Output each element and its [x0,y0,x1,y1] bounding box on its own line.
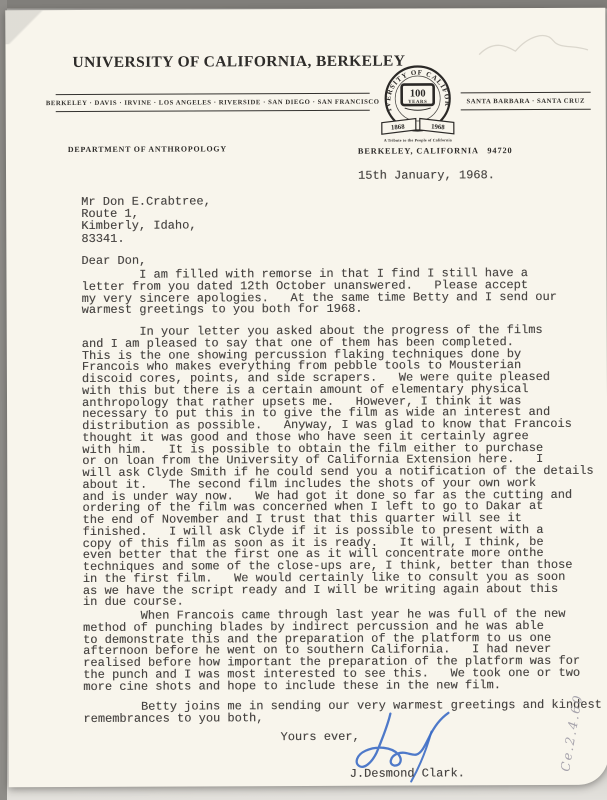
signature-main-stroke [356,713,448,767]
centennial-seal: UNIVERSITY OF CALIFORNIA 100 YEARS 1868 … [368,62,468,148]
paper-corner-fold [5,10,49,44]
letter-paragraph-1: I am filled with remorse in that I find … [81,268,556,317]
seal-years: YEARS [408,100,427,105]
seal-100: 100 [410,88,426,99]
campus-list-left: BERKELEY · DAVIS · IRVINE · LOS ANGELES … [56,93,370,112]
seal-year-1968: 1968 [431,123,446,131]
letter-date: 15th January, 1968. [358,170,495,182]
university-title: UNIVERSITY OF CALIFORNIA, BERKELEY [72,53,405,72]
pencil-stroke [479,35,587,54]
seal-caption: A Tribute to the People of California [384,138,452,142]
seal-year-1868: 1868 [391,124,406,132]
department-name: DEPARTMENT OF ANTHROPOLOGY [68,144,227,154]
typed-signature-name: J.Desmond Clark. [350,768,465,780]
faint-pencil-mark [473,20,598,73]
letter-paragraph-2: In your letter you asked about the progr… [82,325,595,609]
letter-paragraph-3: When Francois came through last year he … [83,609,580,693]
recipient-address: Mr Don E.Crabtree, Route 1, Kimberly, Id… [81,195,211,244]
campus-list-right: SANTA BARBARA · SANTA CRUZ [461,92,591,111]
letter-page: UNIVERSITY OF CALIFORNIA, BERKELEY BERKE… [5,8,607,788]
salutation: Dear Don, [81,256,146,268]
